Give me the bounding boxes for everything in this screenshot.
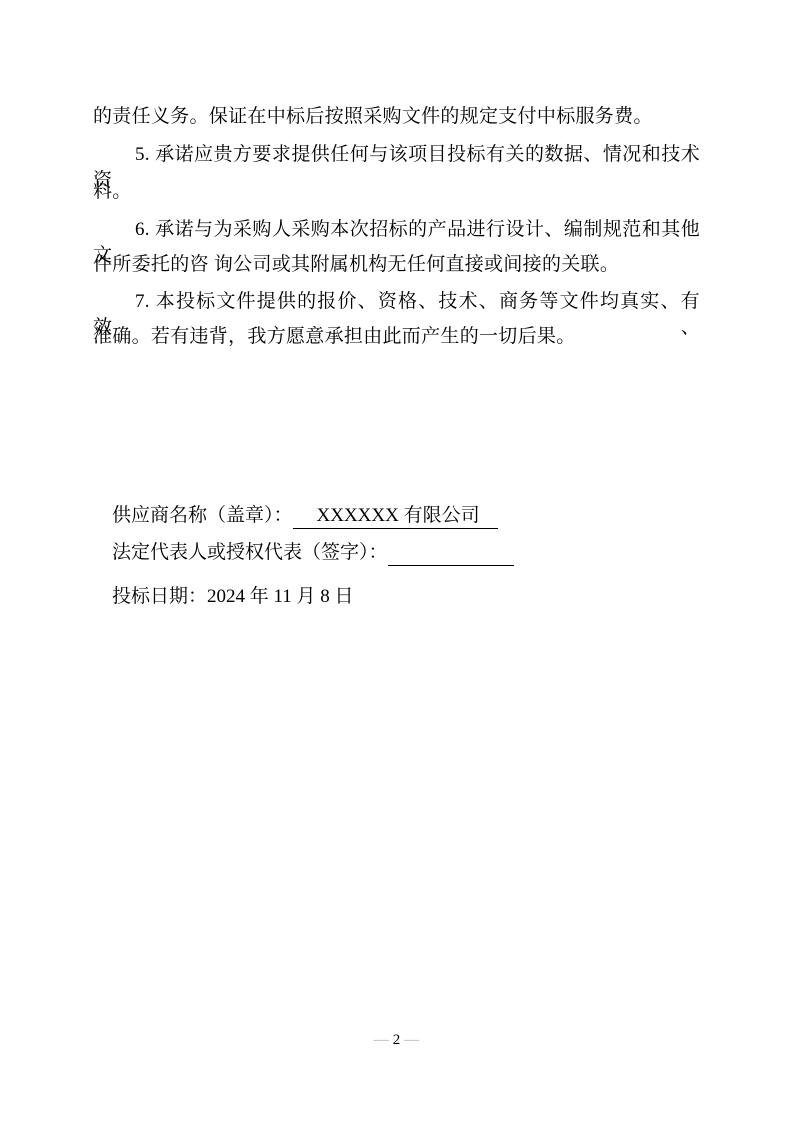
paragraph-line: 的责任义务。保证在中标后按照采购文件的规定支付中标服务费。 <box>93 104 700 130</box>
paragraph-line: 件所委托的咨 询公司或其附属机构无任何直接或间接的关联。 <box>93 252 700 278</box>
paragraph-line: 料。 <box>93 179 700 205</box>
paragraph-line: 准确。若有违背，我方愿意承担由此而产生的一切后果。 <box>93 324 700 350</box>
footer-dash-right: — <box>404 1032 419 1048</box>
signature-blank-underline <box>388 545 514 566</box>
page-number: 2 <box>393 1032 401 1048</box>
bid-date-value: 2024 年 11 月 8 日 <box>207 586 354 607</box>
page-footer: —2— <box>0 1031 793 1049</box>
document-page: 的责任义务。保证在中标后按照采购文件的规定支付中标服务费。 5. 承诺应贵方要求… <box>0 0 793 1122</box>
bid-date-line: 投标日期：2024 年 11 月 8 日 <box>93 558 354 636</box>
bid-date-label: 投标日期： <box>112 586 207 607</box>
footer-dash-left: — <box>374 1032 389 1048</box>
